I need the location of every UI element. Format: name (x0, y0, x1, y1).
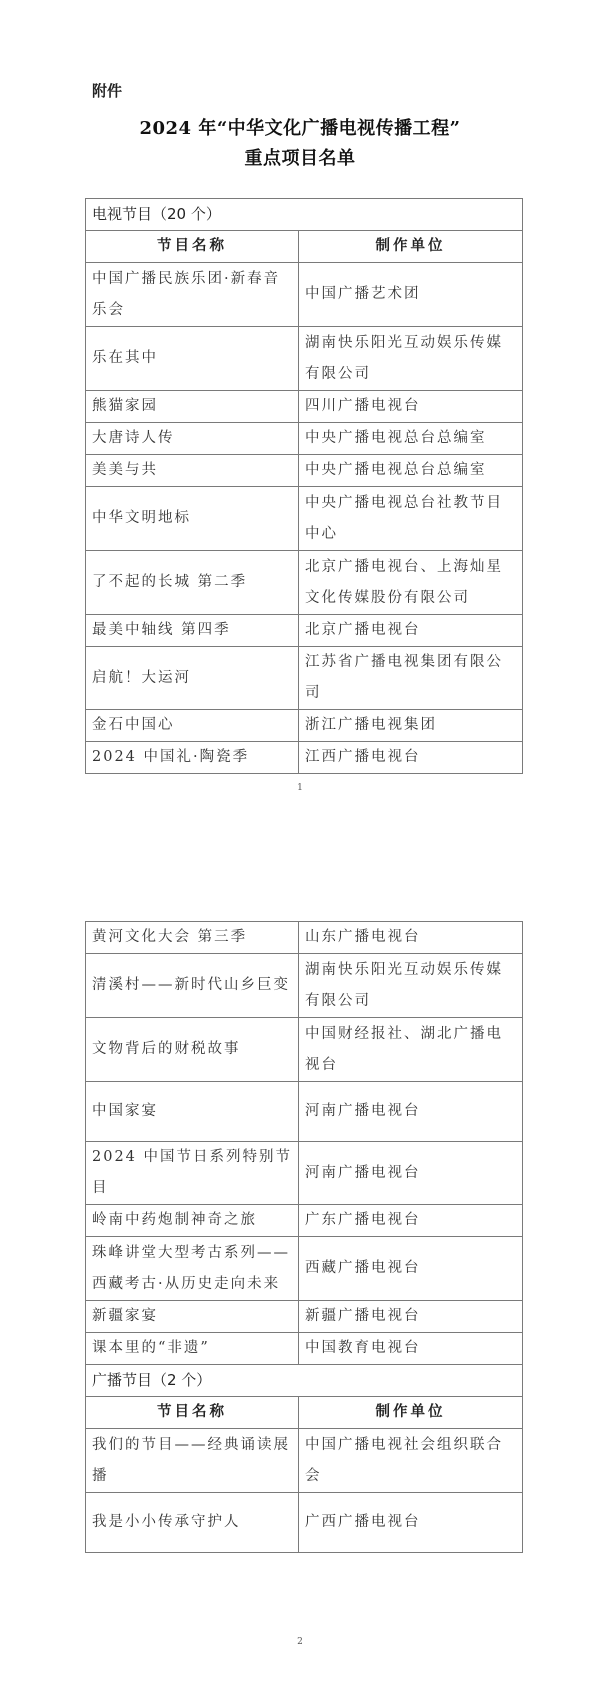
producer-cell: 中央广播电视总台社教节目中心 (299, 487, 523, 551)
table-row: 大唐诗人传中央广播电视总台总编室 (86, 423, 523, 455)
producer-cell: 湖南快乐阳光互动娱乐传媒有限公司 (299, 954, 523, 1018)
program-name-cell: 课本里的“非遗” (86, 1333, 299, 1365)
program-name-cell: 启航！大运河 (86, 647, 299, 710)
program-name-cell: 金石中国心 (86, 710, 299, 742)
program-name-cell: 中国广播民族乐团·新春音乐会 (86, 263, 299, 327)
program-name-cell: 熊猫家园 (86, 391, 299, 423)
program-name-cell: 2024 中国礼·陶瓷季 (86, 742, 299, 774)
producer-cell: 中国广播电视社会组织联合会 (299, 1429, 523, 1493)
program-name-cell: 珠峰讲堂大型考古系列——西藏考古·从历史走向未来 (86, 1237, 299, 1301)
program-name-cell: 我是小小传承守护人 (86, 1493, 299, 1553)
program-name-cell: 中国家宴 (86, 1082, 299, 1142)
producer-cell: 河南广播电视台 (299, 1082, 523, 1142)
programs-table-page2: 黄河文化大会 第三季山东广播电视台清溪村——新时代山乡巨变湖南快乐阳光互动娱乐传… (85, 921, 523, 1553)
producer-cell: 河南广播电视台 (299, 1142, 523, 1205)
header-program-name: 节目名称 (86, 231, 299, 263)
section-title: 电视节目（20 个） (86, 199, 523, 231)
table-row: 我们的节目——经典诵读展播中国广播电视社会组织联合会 (86, 1429, 523, 1493)
producer-cell: 中国教育电视台 (299, 1333, 523, 1365)
header-row: 节目名称 制作单位 (86, 231, 523, 263)
program-name-cell: 黄河文化大会 第三季 (86, 922, 299, 954)
producer-cell: 北京广播电视台 (299, 615, 523, 647)
header-row: 节目名称制作单位 (86, 1397, 523, 1429)
table-row: 美美与共中央广播电视总台总编室 (86, 455, 523, 487)
section-row-tv: 电视节目（20 个） (86, 199, 523, 231)
producer-cell: 中央广播电视总台总编室 (299, 423, 523, 455)
table-row: 启航！大运河江苏省广播电视集团有限公司 (86, 647, 523, 710)
section-row-radio: 广播节目（2 个） (86, 1365, 523, 1397)
producer-cell: 湖南快乐阳光互动娱乐传媒有限公司 (299, 327, 523, 391)
document-title: 2024 年“中华文化广播电视传播工程” (0, 114, 600, 140)
program-name-cell: 美美与共 (86, 455, 299, 487)
producer-cell: 江西广播电视台 (299, 742, 523, 774)
producer-cell: 西藏广播电视台 (299, 1237, 523, 1301)
header-producer: 制作单位 (299, 231, 523, 263)
program-name-cell: 最美中轴线 第四季 (86, 615, 299, 647)
table-row: 2024 中国礼·陶瓷季江西广播电视台 (86, 742, 523, 774)
producer-cell: 山东广播电视台 (299, 922, 523, 954)
header-program-name: 节目名称 (86, 1397, 299, 1429)
table-row: 中华文明地标中央广播电视总台社教节目中心 (86, 487, 523, 551)
table-row: 新疆家宴新疆广播电视台 (86, 1301, 523, 1333)
program-name-cell: 了不起的长城 第二季 (86, 551, 299, 615)
program-name-cell: 大唐诗人传 (86, 423, 299, 455)
section-title: 广播节目（2 个） (86, 1365, 523, 1397)
program-name-cell: 清溪村——新时代山乡巨变 (86, 954, 299, 1018)
table-row: 最美中轴线 第四季北京广播电视台 (86, 615, 523, 647)
producer-cell: 江苏省广播电视集团有限公司 (299, 647, 523, 710)
table-row: 乐在其中湖南快乐阳光互动娱乐传媒有限公司 (86, 327, 523, 391)
program-name-cell: 我们的节目——经典诵读展播 (86, 1429, 299, 1493)
producer-cell: 新疆广播电视台 (299, 1301, 523, 1333)
producer-cell: 浙江广播电视集团 (299, 710, 523, 742)
table-row: 中国家宴河南广播电视台 (86, 1082, 523, 1142)
table-row: 我是小小传承守护人广西广播电视台 (86, 1493, 523, 1553)
program-name-cell: 乐在其中 (86, 327, 299, 391)
header-producer: 制作单位 (299, 1397, 523, 1429)
table-row: 熊猫家园四川广播电视台 (86, 391, 523, 423)
producer-cell: 北京广播电视台、上海灿星文化传媒股份有限公司 (299, 551, 523, 615)
producer-cell: 中国财经报社、湖北广播电视台 (299, 1018, 523, 1082)
program-name-cell: 文物背后的财税故事 (86, 1018, 299, 1082)
table-row: 黄河文化大会 第三季山东广播电视台 (86, 922, 523, 954)
producer-cell: 中央广播电视总台总编室 (299, 455, 523, 487)
table-row: 了不起的长城 第二季北京广播电视台、上海灿星文化传媒股份有限公司 (86, 551, 523, 615)
table-row: 2024 中国节日系列特别节目河南广播电视台 (86, 1142, 523, 1205)
page-number: 2 (0, 1637, 600, 1647)
program-name-cell: 新疆家宴 (86, 1301, 299, 1333)
attachment-label: 附件 (92, 80, 122, 101)
tv-programs-table-page1: 电视节目（20 个） 节目名称 制作单位 中国广播民族乐团·新春音乐会中国广播艺… (85, 198, 523, 774)
program-name-cell: 2024 中国节日系列特别节目 (86, 1142, 299, 1205)
table-row: 中国广播民族乐团·新春音乐会中国广播艺术团 (86, 263, 523, 327)
page-number: 1 (0, 783, 600, 793)
program-name-cell: 中华文明地标 (86, 487, 299, 551)
producer-cell: 四川广播电视台 (299, 391, 523, 423)
producer-cell: 广东广播电视台 (299, 1205, 523, 1237)
program-name-cell: 岭南中药炮制神奇之旅 (86, 1205, 299, 1237)
table-row: 课本里的“非遗”中国教育电视台 (86, 1333, 523, 1365)
document-subtitle: 重点项目名单 (0, 144, 600, 170)
producer-cell: 广西广播电视台 (299, 1493, 523, 1553)
table-row: 珠峰讲堂大型考古系列——西藏考古·从历史走向未来西藏广播电视台 (86, 1237, 523, 1301)
table-row: 岭南中药炮制神奇之旅广东广播电视台 (86, 1205, 523, 1237)
table-row: 文物背后的财税故事中国财经报社、湖北广播电视台 (86, 1018, 523, 1082)
table-row: 金石中国心浙江广播电视集团 (86, 710, 523, 742)
producer-cell: 中国广播艺术团 (299, 263, 523, 327)
table-row: 清溪村——新时代山乡巨变湖南快乐阳光互动娱乐传媒有限公司 (86, 954, 523, 1018)
